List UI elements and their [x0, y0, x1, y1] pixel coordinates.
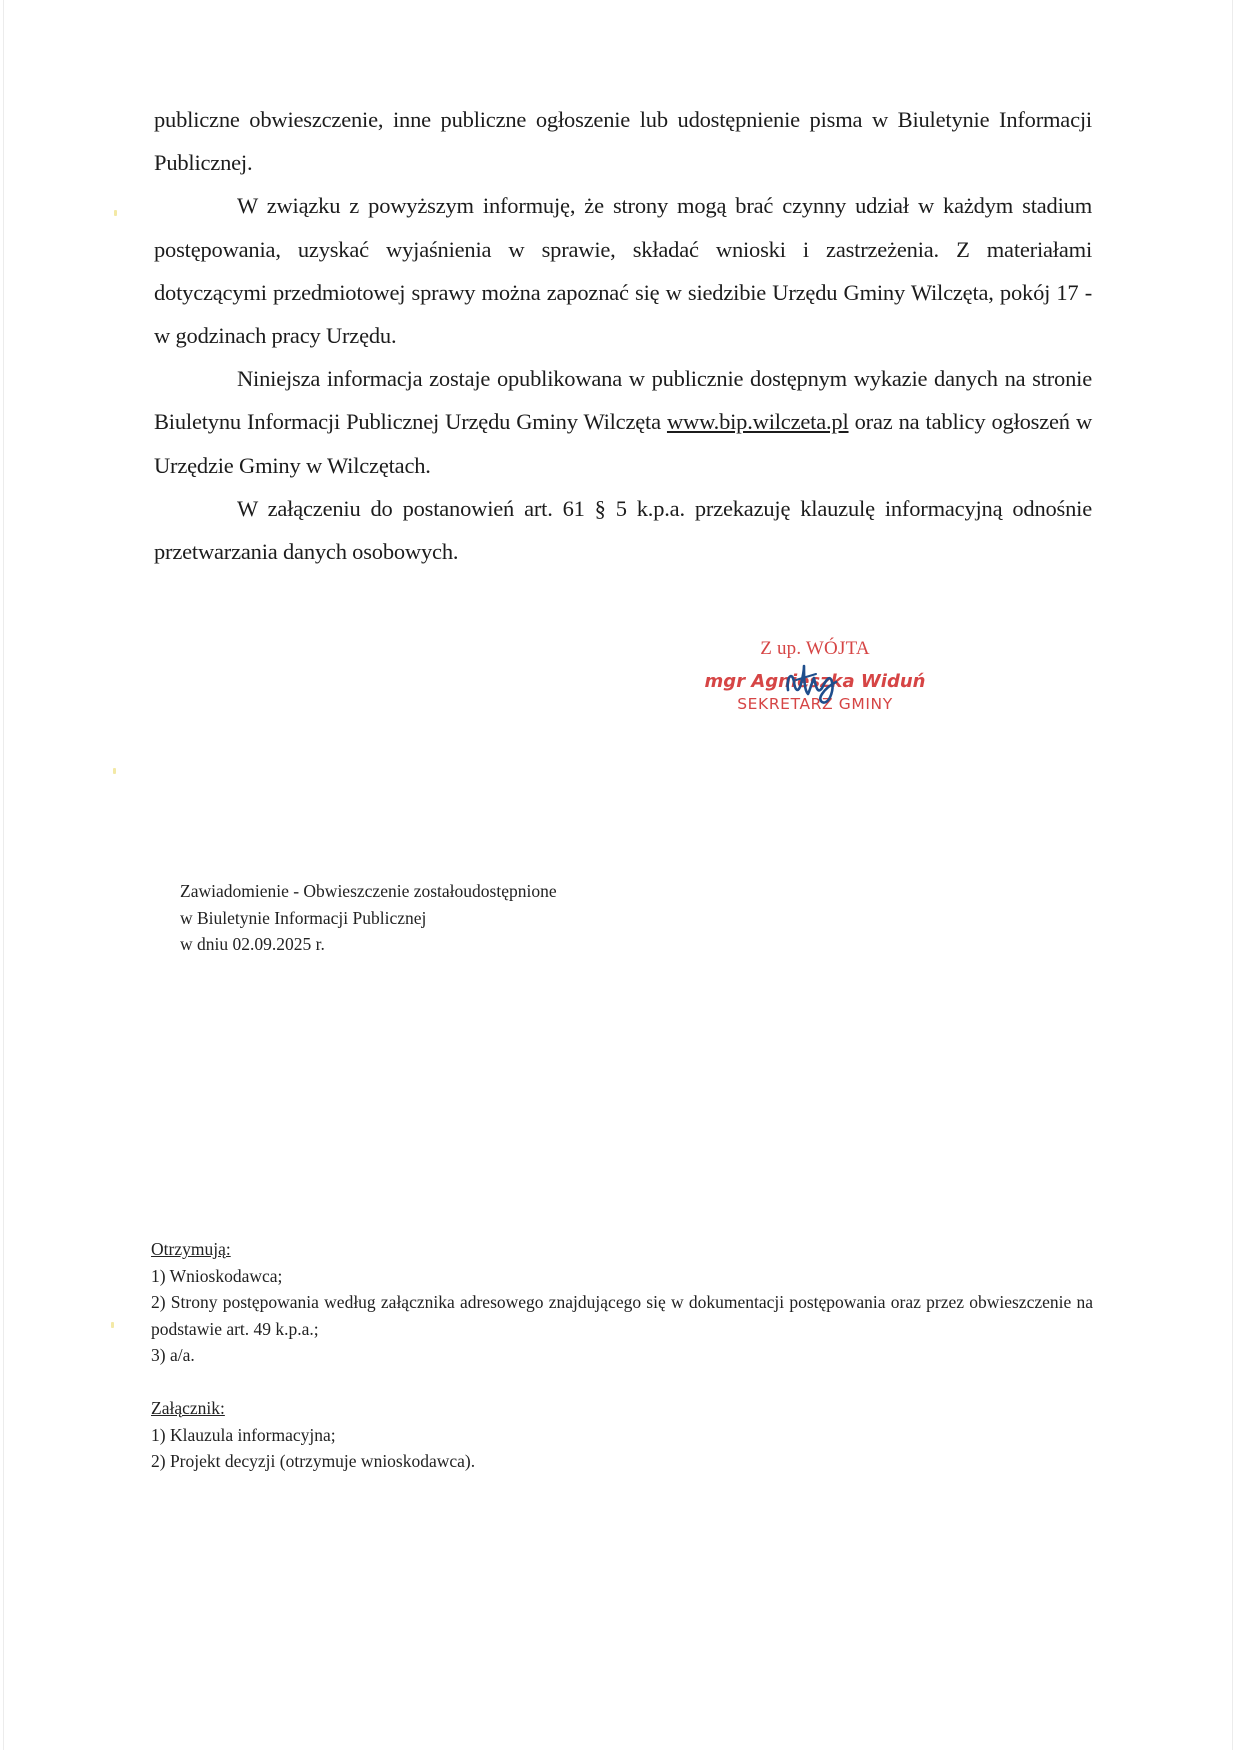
distribution-section: Otrzymują: 1) Wnioskodawca; 2) Strony po… — [151, 1236, 1093, 1475]
scan-speck — [113, 768, 116, 774]
attachment-item: 1) Klauzula informacyjna; — [151, 1422, 1093, 1449]
publication-note-line: w Biuletynie Informacji Publicznej — [180, 905, 557, 932]
bip-website-link[interactable]: www.bip.wilczeta.pl — [667, 409, 849, 434]
document-body: publiczne obwieszczenie, inne publiczne … — [154, 98, 1092, 573]
scan-speck — [111, 1322, 114, 1328]
recipient-item: 1) Wnioskodawca; — [151, 1263, 1093, 1290]
paragraph-publication-info: Niniejsza informacja zostaje opublikowan… — [154, 357, 1092, 487]
scan-edge-left — [3, 0, 4, 1750]
paragraph-bip-publication: publiczne obwieszczenie, inne publiczne … — [154, 98, 1092, 184]
recipients-heading: Otrzymują: — [151, 1236, 1093, 1263]
publication-note-line: Zawiadomienie - Obwieszczenie zostałoudo… — [180, 878, 557, 905]
handwritten-signature-icon — [782, 660, 842, 706]
stamp-authority-line: Z up. WÓJTA — [660, 638, 970, 660]
scan-speck — [114, 210, 117, 216]
recipient-item: 2) Strony postępowania według załącznika… — [151, 1289, 1093, 1342]
paragraph-party-rights: W związku z powyższym informuję, że stro… — [154, 184, 1092, 357]
recipient-item: 3) a/a. — [151, 1342, 1093, 1369]
attachment-item: 2) Projekt decyzji (otrzymuje wnioskodaw… — [151, 1448, 1093, 1475]
scan-edge-right — [1232, 0, 1233, 1750]
publication-note-date: w dniu 02.09.2025 r. — [180, 931, 557, 958]
attachments-heading: Załącznik: — [151, 1395, 1093, 1422]
scanned-document-page: publiczne obwieszczenie, inne publiczne … — [0, 0, 1236, 1750]
section-spacer — [151, 1369, 1093, 1395]
paragraph-information-clause: W załączeniu do postanowień art. 61 § 5 … — [154, 487, 1092, 573]
publication-note: Zawiadomienie - Obwieszczenie zostałoudo… — [180, 878, 557, 958]
